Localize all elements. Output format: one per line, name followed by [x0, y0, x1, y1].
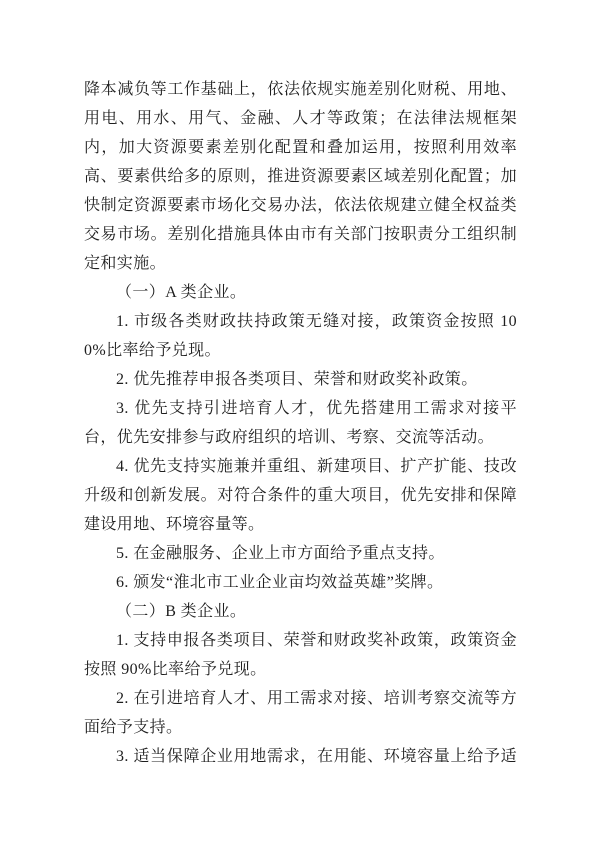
document-body: 降本减负等工作基础上，依法依规实施差别化财税、用地、用电、用水、用气、金融、人才… — [84, 75, 517, 771]
paragraph: 5. 在金融服务、企业上市方面给予重点支持。 — [84, 539, 517, 568]
paragraph: 1. 市级各类财政扶持政策无缝对接，政策资金按照 100%比率给予兑现。 — [84, 307, 517, 365]
paragraph: 2. 在引进培育人才、用工需求对接、培训考察交流等方面给予支持。 — [84, 684, 517, 742]
paragraph: （一）A 类企业。 — [84, 278, 517, 307]
paragraph: （二）B 类企业。 — [84, 597, 517, 626]
paragraph: 6. 颁发“淮北市工业企业亩均效益英雄”奖牌。 — [84, 568, 517, 597]
paragraph: 3. 优先支持引进培育人才，优先搭建用工需求对接平台，优先安排参与政府组织的培训… — [84, 394, 517, 452]
paragraph: 2. 优先推荐申报各类项目、荣誉和财政奖补政策。 — [84, 365, 517, 394]
paragraph: 1. 支持申报各类项目、荣誉和财政奖补政策，政策资金按照 90%比率给予兑现。 — [84, 626, 517, 684]
paragraph: 4. 优先支持实施兼并重组、新建项目、扩产扩能、技改升级和创新发展。对符合条件的… — [84, 452, 517, 539]
paragraph: 3. 适当保障企业用地需求，在用能、环境容量上给予适 — [84, 742, 517, 771]
paragraph: 降本减负等工作基础上，依法依规实施差别化财税、用地、用电、用水、用气、金融、人才… — [84, 75, 517, 278]
document-page: 降本减负等工作基础上，依法依规实施差别化财税、用地、用电、用水、用气、金融、人才… — [0, 0, 600, 848]
